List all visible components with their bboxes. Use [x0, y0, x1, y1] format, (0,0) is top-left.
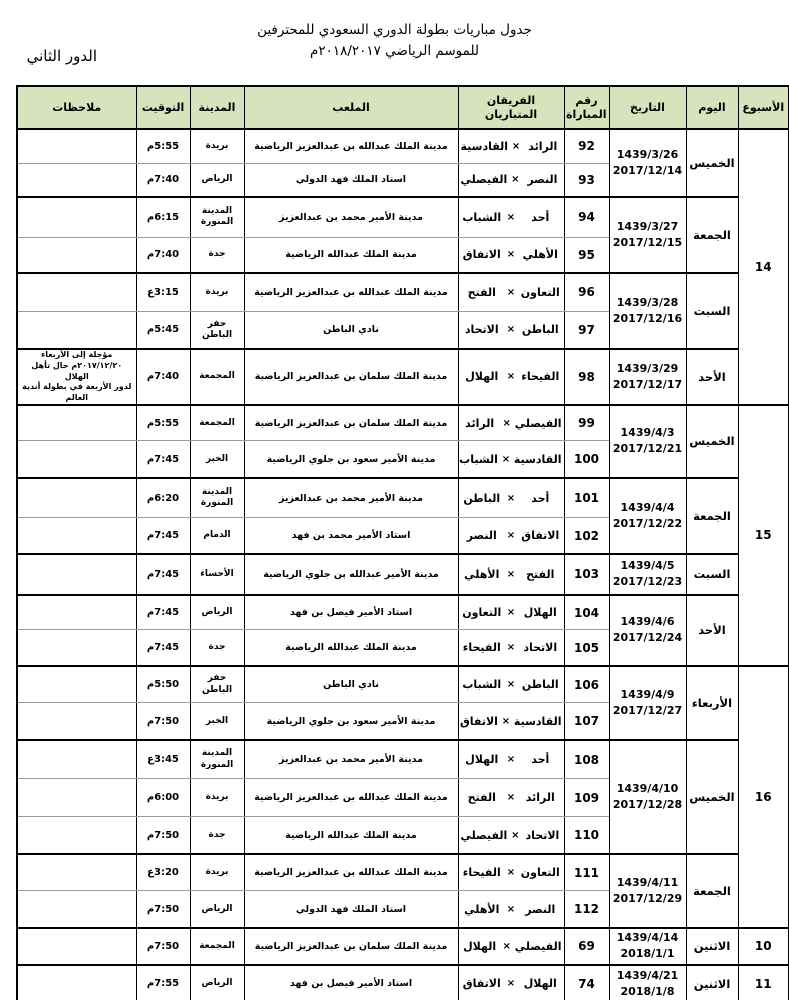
time-cell: 7:40م	[136, 163, 190, 197]
city-cell: الرياض	[190, 891, 244, 928]
time-cell: 7:40م	[136, 349, 190, 405]
vs-symbol: ×	[507, 830, 523, 841]
match-row: السبت1439/3/282017/12/1696التعاون×الفتحم…	[17, 273, 789, 311]
match-no-cell: 105	[564, 630, 609, 666]
match-row: الخميس1439/4/102017/12/28108أحد×الهلالمد…	[17, 740, 789, 779]
match-no-cell: 112	[564, 891, 609, 928]
team-home: التعاون	[519, 286, 562, 299]
match-row: 10الاثنين1439/4/142018/1/169الفيصلي×الهل…	[17, 928, 789, 965]
stadium-cell: مدينة الأمير محمد بن عبدالعزيز	[244, 197, 458, 237]
match-no-cell: 97	[564, 311, 609, 349]
vs-symbol: ×	[503, 607, 519, 618]
time-cell: 6:20م	[136, 478, 190, 518]
time-cell: 7:40م	[136, 237, 190, 273]
vs-symbol: ×	[498, 454, 514, 465]
time-cell: 7:45م	[136, 595, 190, 630]
notes-cell	[17, 965, 136, 1000]
city-cell: الخبر	[190, 441, 244, 478]
team-away: النصر	[461, 529, 504, 542]
notes-cell	[17, 478, 136, 518]
vs-symbol: ×	[503, 792, 519, 803]
city-cell: الدمام	[190, 518, 244, 554]
date-gregorian: 2018/1/1	[612, 946, 684, 962]
match-no-cell: 107	[564, 703, 609, 740]
date-gregorian: 2017/12/24	[612, 630, 684, 646]
team-away: الفيحاء	[461, 641, 504, 654]
teams-cell: الفيحاء×الهلال	[458, 349, 564, 405]
city-cell: جدة	[190, 237, 244, 273]
vs-symbol: ×	[499, 941, 515, 952]
page-title-line2: للموسم الرياضي ٢٠١٨/٢٠١٧م	[0, 41, 789, 62]
city-cell: جدة	[190, 630, 244, 666]
city-cell: المدينة المنورة	[190, 740, 244, 779]
stadium-cell: نادي الباطن	[244, 666, 458, 703]
match-no-cell: 96	[564, 273, 609, 311]
week-cell: 14	[738, 129, 789, 405]
notes-cell	[17, 273, 136, 311]
day-cell: الأحد	[686, 595, 738, 666]
team-home: التعاون	[519, 866, 562, 879]
team-away: الهلال	[461, 753, 504, 766]
match-no-cell: 69	[564, 928, 609, 965]
stadium-cell: مدينة الملك عبدالله الرياضية	[244, 237, 458, 273]
team-away: الأهلي	[461, 903, 504, 916]
vs-symbol: ×	[503, 249, 519, 260]
notes-cell	[17, 630, 136, 666]
teams-cell: الباطن×الاتحاد	[458, 311, 564, 349]
date-gregorian: 2017/12/14	[612, 163, 684, 179]
match-no-cell: 99	[564, 405, 609, 441]
note-line: لدور الأربعة في بطولة أندية العالم	[20, 382, 134, 404]
city-cell: الخبر	[190, 703, 244, 740]
team-away: الاتحاد	[461, 323, 504, 336]
column-header: رقم المباراة	[564, 86, 609, 129]
day-cell: الخميس	[686, 405, 738, 478]
stadium-cell: مدينة الملك عبدالله بن عبدالعزيز الرياضي…	[244, 779, 458, 817]
match-no-cell: 95	[564, 237, 609, 273]
match-row: 11الاثنين1439/4/212018/1/874الهلال×الاتف…	[17, 965, 789, 1000]
day-cell: الجمعة	[686, 197, 738, 273]
date-gregorian: 2017/12/29	[612, 891, 684, 907]
vs-symbol: ×	[507, 174, 523, 185]
team-away: الهلال	[461, 370, 504, 383]
date-hijri: 1439/4/3	[612, 425, 684, 441]
team-home: القادسية	[514, 715, 562, 728]
time-cell: 3:45ع	[136, 740, 190, 779]
column-header: ملاحظات	[17, 86, 136, 129]
notes-cell	[17, 129, 136, 163]
match-no-cell: 103	[564, 554, 609, 595]
city-cell: المجمعة	[190, 405, 244, 441]
date-gregorian: 2017/12/21	[612, 441, 684, 457]
stadium-cell: مدينة الملك عبدالله بن عبدالعزيز الرياضي…	[244, 854, 458, 891]
vs-symbol: ×	[503, 530, 519, 541]
date-cell: 1439/4/52017/12/23	[609, 554, 686, 595]
team-home: الاتفاق	[519, 529, 562, 542]
teams-cell: الرائد×الفتح	[458, 779, 564, 817]
notes-cell	[17, 817, 136, 854]
vs-symbol: ×	[503, 978, 519, 989]
notes-cell	[17, 163, 136, 197]
stadium-cell: مدينة الملك عبدالله بن عبدالعزيز الرياضي…	[244, 273, 458, 311]
date-hijri: 1439/4/9	[612, 687, 684, 703]
date-gregorian: 2017/12/23	[612, 574, 684, 590]
match-row: الجمعة1439/3/272017/12/1594أحد×الشبابمدي…	[17, 197, 789, 237]
date-gregorian: 2017/12/17	[612, 377, 684, 393]
time-cell: 7:45م	[136, 518, 190, 554]
date-cell: 1439/4/92017/12/27	[609, 666, 686, 740]
team-away: الاتفاق	[460, 715, 498, 728]
date-cell: 1439/4/102017/12/28	[609, 740, 686, 854]
date-cell: 1439/3/262017/12/14	[609, 129, 686, 197]
schedule-table-header: الأسبوعاليومالتاريخرقم المباراةالفريقان …	[17, 86, 789, 129]
notes-cell	[17, 518, 136, 554]
teams-cell: الفتح×الأهلي	[458, 554, 564, 595]
match-row: الأحد1439/4/62017/12/24104الهلال×التعاون…	[17, 595, 789, 630]
day-cell: الاثنين	[686, 965, 738, 1000]
date-cell: 1439/4/32017/12/21	[609, 405, 686, 478]
time-cell: 6:15م	[136, 197, 190, 237]
vs-symbol: ×	[498, 716, 514, 727]
date-gregorian: 2017/12/16	[612, 311, 684, 327]
vs-symbol: ×	[503, 493, 519, 504]
date-hijri: 1439/4/11	[612, 875, 684, 891]
day-cell: الخميس	[686, 740, 738, 854]
teams-cell: الاتحاد×الفيصلي	[458, 817, 564, 854]
team-away: الفيصلي	[461, 173, 508, 186]
vs-symbol: ×	[503, 212, 519, 223]
team-home: القادسية	[514, 453, 562, 466]
notes-cell	[17, 666, 136, 703]
notes-cell	[17, 928, 136, 965]
match-no-cell: 92	[564, 129, 609, 163]
date-cell: 1439/3/272017/12/15	[609, 197, 686, 273]
notes-cell	[17, 311, 136, 349]
stadium-cell: مدينة الأمير محمد بن عبدالعزيز	[244, 740, 458, 779]
time-cell: 5:45م	[136, 311, 190, 349]
city-cell: المدينة المنورة	[190, 197, 244, 237]
team-away: الهلال	[461, 940, 499, 953]
match-row: 16الأربعاء1439/4/92017/12/27106الباطن×ال…	[17, 666, 789, 703]
team-home: الفيحاء	[519, 370, 562, 383]
match-row: الجمعة1439/4/42017/12/22101أحد×الباطنمدي…	[17, 478, 789, 518]
match-no-cell: 98	[564, 349, 609, 405]
page-title: جدول مباريات بطولة الدوري السعودي للمحتر…	[0, 20, 789, 62]
stadium-cell: مدينة الملك عبدالله بن عبدالعزيز الرياضي…	[244, 129, 458, 163]
teams-cell: الاتفاق×النصر	[458, 518, 564, 554]
city-cell: بريدة	[190, 129, 244, 163]
date-hijri: 1439/3/29	[612, 361, 684, 377]
time-cell: 5:50م	[136, 666, 190, 703]
teams-cell: أحد×الهلال	[458, 740, 564, 779]
stadium-cell: استاد الملك فهد الدولي	[244, 163, 458, 197]
notes-cell	[17, 891, 136, 928]
teams-cell: الهلال×التعاون	[458, 595, 564, 630]
stadium-cell: مدينة الملك سلمان بن عبدالعزيز الرياضية	[244, 928, 458, 965]
date-hijri: 1439/3/26	[612, 147, 684, 163]
team-home: الاتحاد	[519, 641, 562, 654]
stadium-cell: نادي الباطن	[244, 311, 458, 349]
city-cell: الرياض	[190, 965, 244, 1000]
teams-cell: الهلال×الاتفاق	[458, 965, 564, 1000]
city-cell: المدينة المنورة	[190, 478, 244, 518]
date-hijri: 1439/3/27	[612, 219, 684, 235]
stadium-cell: مدينة الأمير عبدالله بن جلوي الرياضية	[244, 554, 458, 595]
team-home: الاتحاد	[523, 829, 561, 842]
date-gregorian: 2017/12/15	[612, 235, 684, 251]
team-away: الباطن	[461, 492, 504, 505]
teams-cell: النصر×الأهلي	[458, 891, 564, 928]
city-cell: الرياض	[190, 595, 244, 630]
team-away: الاتفاق	[461, 977, 504, 990]
date-gregorian: 2017/12/27	[612, 703, 684, 719]
time-cell: 7:50م	[136, 891, 190, 928]
teams-cell: القادسية×الاتفاق	[458, 703, 564, 740]
notes-cell	[17, 854, 136, 891]
schedule-table: الأسبوعاليومالتاريخرقم المباراةالفريقان …	[16, 85, 789, 1000]
team-home: النصر	[523, 173, 561, 186]
time-cell: 7:50م	[136, 928, 190, 965]
city-cell: بريدة	[190, 273, 244, 311]
date-gregorian: 2018/1/8	[612, 984, 684, 1000]
notes-cell	[17, 197, 136, 237]
teams-cell: الاتحاد×الفيحاء	[458, 630, 564, 666]
team-home: الفيصلي	[515, 417, 562, 430]
notes-cell	[17, 740, 136, 779]
match-no-cell: 110	[564, 817, 609, 854]
vs-symbol: ×	[503, 754, 519, 765]
team-home: الأهلي	[519, 248, 562, 261]
vs-symbol: ×	[503, 679, 519, 690]
team-away: الشباب	[459, 453, 498, 466]
notes-cell	[17, 595, 136, 630]
date-hijri: 1439/4/14	[612, 930, 684, 946]
city-cell: المجمعة	[190, 349, 244, 405]
city-cell: حفر الباطن	[190, 666, 244, 703]
date-cell: 1439/4/112017/12/29	[609, 854, 686, 928]
vs-symbol: ×	[499, 418, 515, 429]
week-cell: 10	[738, 928, 789, 965]
stadium-cell: مدينة الأمير محمد بن عبدالعزيز	[244, 478, 458, 518]
match-no-cell: 94	[564, 197, 609, 237]
team-home: أحد	[519, 492, 562, 505]
team-away: الفيحاء	[461, 866, 504, 879]
teams-cell: الأهلي×الاتفاق	[458, 237, 564, 273]
team-away: التعاون	[461, 606, 504, 619]
team-home: الفيصلي	[515, 940, 562, 953]
day-cell: الأربعاء	[686, 666, 738, 740]
match-row: 15الخميس1439/4/32017/12/2199الفيصلي×الرا…	[17, 405, 789, 441]
note-line: مؤجلة إلى الأربعاء	[20, 350, 134, 361]
match-no-cell: 101	[564, 478, 609, 518]
column-header: التاريخ	[609, 86, 686, 129]
match-row: السبت1439/4/52017/12/23103الفتح×الأهليمد…	[17, 554, 789, 595]
time-cell: 3:15ع	[136, 273, 190, 311]
match-row: الأحد1439/3/292017/12/1798الفيحاء×الهلال…	[17, 349, 789, 405]
notes-cell: مؤجلة إلى الأربعاء٢٠١٧/١٢/٢٠م حال تأهل ا…	[17, 349, 136, 405]
teams-cell: الفيصلي×الهلال	[458, 928, 564, 965]
week-cell: 15	[738, 405, 789, 666]
city-cell: المجمعة	[190, 928, 244, 965]
day-cell: الخميس	[686, 129, 738, 197]
team-home: الفتح	[519, 568, 562, 581]
time-cell: 7:45م	[136, 630, 190, 666]
city-cell: الأحساء	[190, 554, 244, 595]
city-cell: جدة	[190, 817, 244, 854]
team-away: الفيصلي	[461, 829, 508, 842]
column-header: التوقيت	[136, 86, 190, 129]
match-no-cell: 102	[564, 518, 609, 554]
date-hijri: 1439/4/21	[612, 968, 684, 984]
team-away: الشباب	[461, 211, 504, 224]
team-away: القادسية	[461, 140, 509, 153]
vs-symbol: ×	[508, 141, 524, 152]
team-home: النصر	[519, 903, 562, 916]
column-header: الفريقان المتباريان	[458, 86, 564, 129]
date-hijri: 1439/4/10	[612, 781, 684, 797]
vs-symbol: ×	[503, 904, 519, 915]
date-cell: 1439/4/212018/1/8	[609, 965, 686, 1000]
teams-cell: الباطن×الشباب	[458, 666, 564, 703]
day-cell: الجمعة	[686, 478, 738, 554]
teams-cell: التعاون×الفتح	[458, 273, 564, 311]
match-no-cell: 106	[564, 666, 609, 703]
time-cell: 3:20ع	[136, 854, 190, 891]
day-cell: الجمعة	[686, 854, 738, 928]
team-home: الباطن	[519, 678, 562, 691]
stadium-cell: مدينة الأمير سعود بن جلوي الرياضية	[244, 441, 458, 478]
date-gregorian: 2017/12/28	[612, 797, 684, 813]
notes-cell	[17, 554, 136, 595]
stadium-cell: استاد الأمير محمد بن فهد	[244, 518, 458, 554]
date-hijri: 1439/4/4	[612, 500, 684, 516]
teams-cell: الرائد×القادسية	[458, 129, 564, 163]
stadium-cell: مدينة الملك سلمان بن عبدالعزيز الرياضية	[244, 405, 458, 441]
teams-cell: الفيصلي×الرائد	[458, 405, 564, 441]
city-cell: حفر الباطن	[190, 311, 244, 349]
team-home: الهلال	[519, 977, 562, 990]
stadium-cell: استاد الأمير فيصل بن فهد	[244, 595, 458, 630]
column-header: المدينة	[190, 86, 244, 129]
date-cell: 1439/4/42017/12/22	[609, 478, 686, 554]
team-away: الفتح	[461, 791, 504, 804]
notes-cell	[17, 405, 136, 441]
match-row: 14الخميس1439/3/262017/12/1492الرائد×القا…	[17, 129, 789, 163]
match-no-cell: 109	[564, 779, 609, 817]
match-no-cell: 104	[564, 595, 609, 630]
time-cell: 6:00م	[136, 779, 190, 817]
header-row: الأسبوعاليومالتاريخرقم المباراةالفريقان …	[17, 86, 789, 129]
vs-symbol: ×	[503, 324, 519, 335]
time-cell: 5:55م	[136, 129, 190, 163]
vs-symbol: ×	[503, 569, 519, 580]
column-header: اليوم	[686, 86, 738, 129]
column-header: الأسبوع	[738, 86, 789, 129]
team-home: الرائد	[519, 791, 562, 804]
day-cell: الاثنين	[686, 928, 738, 965]
teams-cell: أحد×الباطن	[458, 478, 564, 518]
day-cell: السبت	[686, 273, 738, 349]
date-hijri: 1439/4/5	[612, 558, 684, 574]
team-home: أحد	[519, 211, 562, 224]
teams-cell: أحد×الشباب	[458, 197, 564, 237]
city-cell: بريدة	[190, 854, 244, 891]
day-cell: الأحد	[686, 349, 738, 405]
teams-cell: القادسية×الشباب	[458, 441, 564, 478]
notes-cell	[17, 237, 136, 273]
document-page: { "page": { "title_line1": "جدول مباريات…	[0, 0, 789, 1000]
week-cell: 16	[738, 666, 789, 928]
teams-cell: التعاون×الفيحاء	[458, 854, 564, 891]
team-away: الشباب	[461, 678, 504, 691]
day-cell: السبت	[686, 554, 738, 595]
date-cell: 1439/4/142018/1/1	[609, 928, 686, 965]
date-gregorian: 2017/12/22	[612, 516, 684, 532]
team-away: الرائد	[461, 417, 499, 430]
stadium-cell: استاد الأمير فيصل بن فهد	[244, 965, 458, 1000]
stadium-cell: استاد الملك فهد الدولي	[244, 891, 458, 928]
teams-cell: النصر×الفيصلي	[458, 163, 564, 197]
match-no-cell: 108	[564, 740, 609, 779]
match-no-cell: 93	[564, 163, 609, 197]
vs-symbol: ×	[503, 371, 519, 382]
team-home: الباطن	[519, 323, 562, 336]
team-away: الاتفاق	[461, 248, 504, 261]
city-cell: الرياض	[190, 163, 244, 197]
match-no-cell: 100	[564, 441, 609, 478]
stadium-cell: مدينة الأمير سعود بن جلوي الرياضية	[244, 703, 458, 740]
team-home: أحد	[519, 753, 562, 766]
week-cell: 11	[738, 965, 789, 1000]
date-cell: 1439/3/292017/12/17	[609, 349, 686, 405]
stadium-cell: مدينة الملك سلمان بن عبدالعزيز الرياضية	[244, 349, 458, 405]
page-title-line1: جدول مباريات بطولة الدوري السعودي للمحتر…	[0, 20, 789, 41]
notes-cell	[17, 779, 136, 817]
schedule-table-body: 14الخميس1439/3/262017/12/1492الرائد×القا…	[17, 129, 789, 1000]
vs-symbol: ×	[503, 287, 519, 298]
team-home: الرائد	[524, 140, 561, 153]
date-hijri: 1439/3/28	[612, 295, 684, 311]
team-away: الأهلي	[461, 568, 504, 581]
round-label: الدور الثاني	[0, 47, 97, 69]
time-cell: 7:50م	[136, 703, 190, 740]
time-cell: 7:55م	[136, 965, 190, 1000]
vs-symbol: ×	[503, 867, 519, 878]
time-cell: 5:55م	[136, 405, 190, 441]
city-cell: بريدة	[190, 779, 244, 817]
time-cell: 7:50م	[136, 817, 190, 854]
column-header: الملعب	[244, 86, 458, 129]
team-away: الفتح	[461, 286, 504, 299]
stadium-cell: مدينة الملك عبدالله الرياضية	[244, 817, 458, 854]
note-line: ٢٠١٧/١٢/٢٠م حال تأهل الهلال	[20, 361, 134, 383]
notes-cell	[17, 441, 136, 478]
vs-symbol: ×	[503, 642, 519, 653]
match-no-cell: 111	[564, 854, 609, 891]
match-no-cell: 74	[564, 965, 609, 1000]
time-cell: 7:45م	[136, 554, 190, 595]
date-hijri: 1439/4/6	[612, 614, 684, 630]
date-cell: 1439/3/282017/12/16	[609, 273, 686, 349]
date-cell: 1439/4/62017/12/24	[609, 595, 686, 666]
time-cell: 7:45م	[136, 441, 190, 478]
match-row: الجمعة1439/4/112017/12/29111التعاون×الفي…	[17, 854, 789, 891]
stadium-cell: مدينة الملك عبدالله الرياضية	[244, 630, 458, 666]
team-home: الهلال	[519, 606, 562, 619]
notes-cell	[17, 703, 136, 740]
